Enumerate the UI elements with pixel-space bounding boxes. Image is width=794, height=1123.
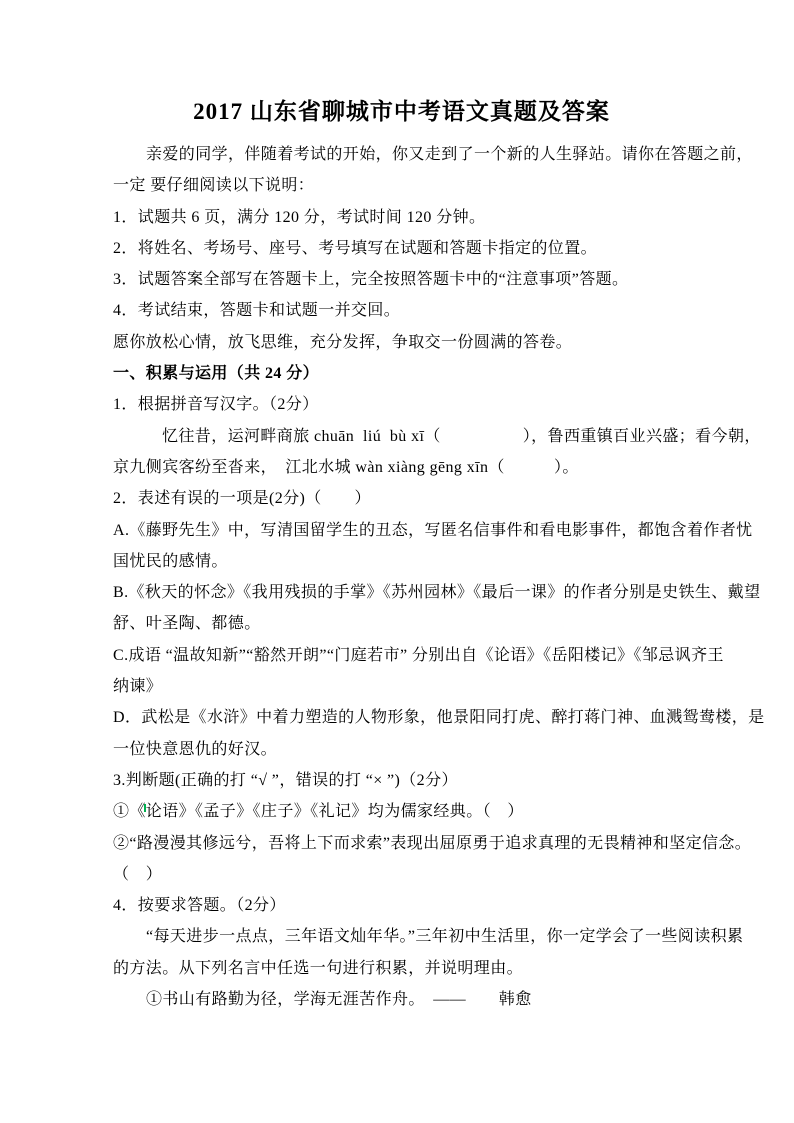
question-2-stem: 2．表述有误的一项是(2分)（ ） [113, 483, 690, 514]
question-4-body-line-1: “每天进步一点点，三年语文灿年华。”三年初中生活里，你一定学会了一些阅读积累 [113, 921, 690, 952]
question-4-stem: 4．按要求答题。（2分） [113, 890, 690, 921]
question-2-option-c-line-2: 纳谏》 [113, 671, 690, 702]
question-2-option-d-line-2: 一位快意恩仇的好汉。 [113, 734, 690, 765]
question-2-option-b-line-1: B.《秋天的怀念》《我用残损的手掌》《苏州园林》《最后一课》的作者分别是史铁生、… [113, 577, 690, 608]
question-2-option-a-line-1: A.《藤野先生》中，写清国留学生的丑态，写匿名信事件和看电影事件，都饱含着作者忧 [113, 515, 690, 546]
wish-line: 愿你放松心情，放飞思维，充分发挥，争取交一份圆满的答卷。 [113, 327, 690, 358]
question-3-item-2-line-2: （ ） [113, 859, 690, 890]
instruction-3: 3．试题答案全部写在答题卡上，完全按照答题卡中的“注意事项”答题。 [113, 264, 690, 295]
intro-line-1: 亲爱的同学，伴随着考试的开始，你又走到了一个新的人生驿站。请你在答题之前， [113, 139, 690, 170]
question-4-body-line-2: 的方法。从下列名言中任选一句进行积累，并说明理由。 [113, 953, 690, 984]
instruction-1: 1．试题共 6 页，满分 120 分，考试时间 120 分钟。 [113, 202, 690, 233]
question-1-stem: 1．根据拼音写汉字。（2分） [113, 389, 690, 420]
question-3-stem: 3.判断题(正确的打 “√ ”，错误的打 “× ”)（2分） [113, 765, 690, 796]
instruction-2: 2．将姓名、考场号、座号、考号填写在试题和答题卡指定的位置。 [113, 233, 690, 264]
document-title: 2017 山东省聊城市中考语文真题及答案 [113, 97, 690, 127]
question-2-option-b-line-2: 舒、叶圣陶、都德。 [113, 608, 690, 639]
question-3-item-2-line-1: ②“路漫漫其修远兮，吾将上下而求索”表现出屈原勇于追求真理的无畏精神和坚定信念。 [113, 828, 690, 859]
question-4-quote-1: ①书山有路勤为径，学海无涯苦作舟。 —— 韩愈 [113, 984, 690, 1015]
question-1-body-line-1: 忆往昔，运河畔商旅 chuān liú bù xī（ ），鲁西重镇百业兴盛；看今… [113, 421, 690, 452]
section-1-heading: 一、积累与运用（共 24 分） [113, 358, 690, 389]
question-3-item-1: ①《论语》《孟子》《庄子》《礼记》均为儒家经典。（ ） [113, 796, 690, 827]
spellcheck-mark [144, 804, 146, 812]
intro-line-2: 一定 要仔细阅读以下说明： [113, 170, 690, 201]
exam-paper-page: 2017 山东省聊城市中考语文真题及答案 亲爱的同学，伴随着考试的开始，你又走到… [0, 0, 794, 1123]
document-content: 2017 山东省聊城市中考语文真题及答案 亲爱的同学，伴随着考试的开始，你又走到… [113, 97, 690, 1015]
question-2-option-c-line-1: C.成语 “温故知新”“豁然开朗”“门庭若市” 分别出自《论语》《岳阳楼记》《邹… [113, 640, 690, 671]
instruction-4: 4．考试结束，答题卡和试题一并交回。 [113, 295, 690, 326]
question-1-body-line-2: 京九侧宾客纷至沓来， 江北水城 wàn xiàng gēng xīn（ ）。 [113, 452, 690, 483]
question-2-option-a-line-2: 国忧民的感情。 [113, 546, 690, 577]
question-2-option-d-line-1: D．武松是《水浒》中着力塑造的人物形象，他景阳同打虎、醉打蒋门神、血溅鸳鸯楼，是 [113, 702, 690, 733]
